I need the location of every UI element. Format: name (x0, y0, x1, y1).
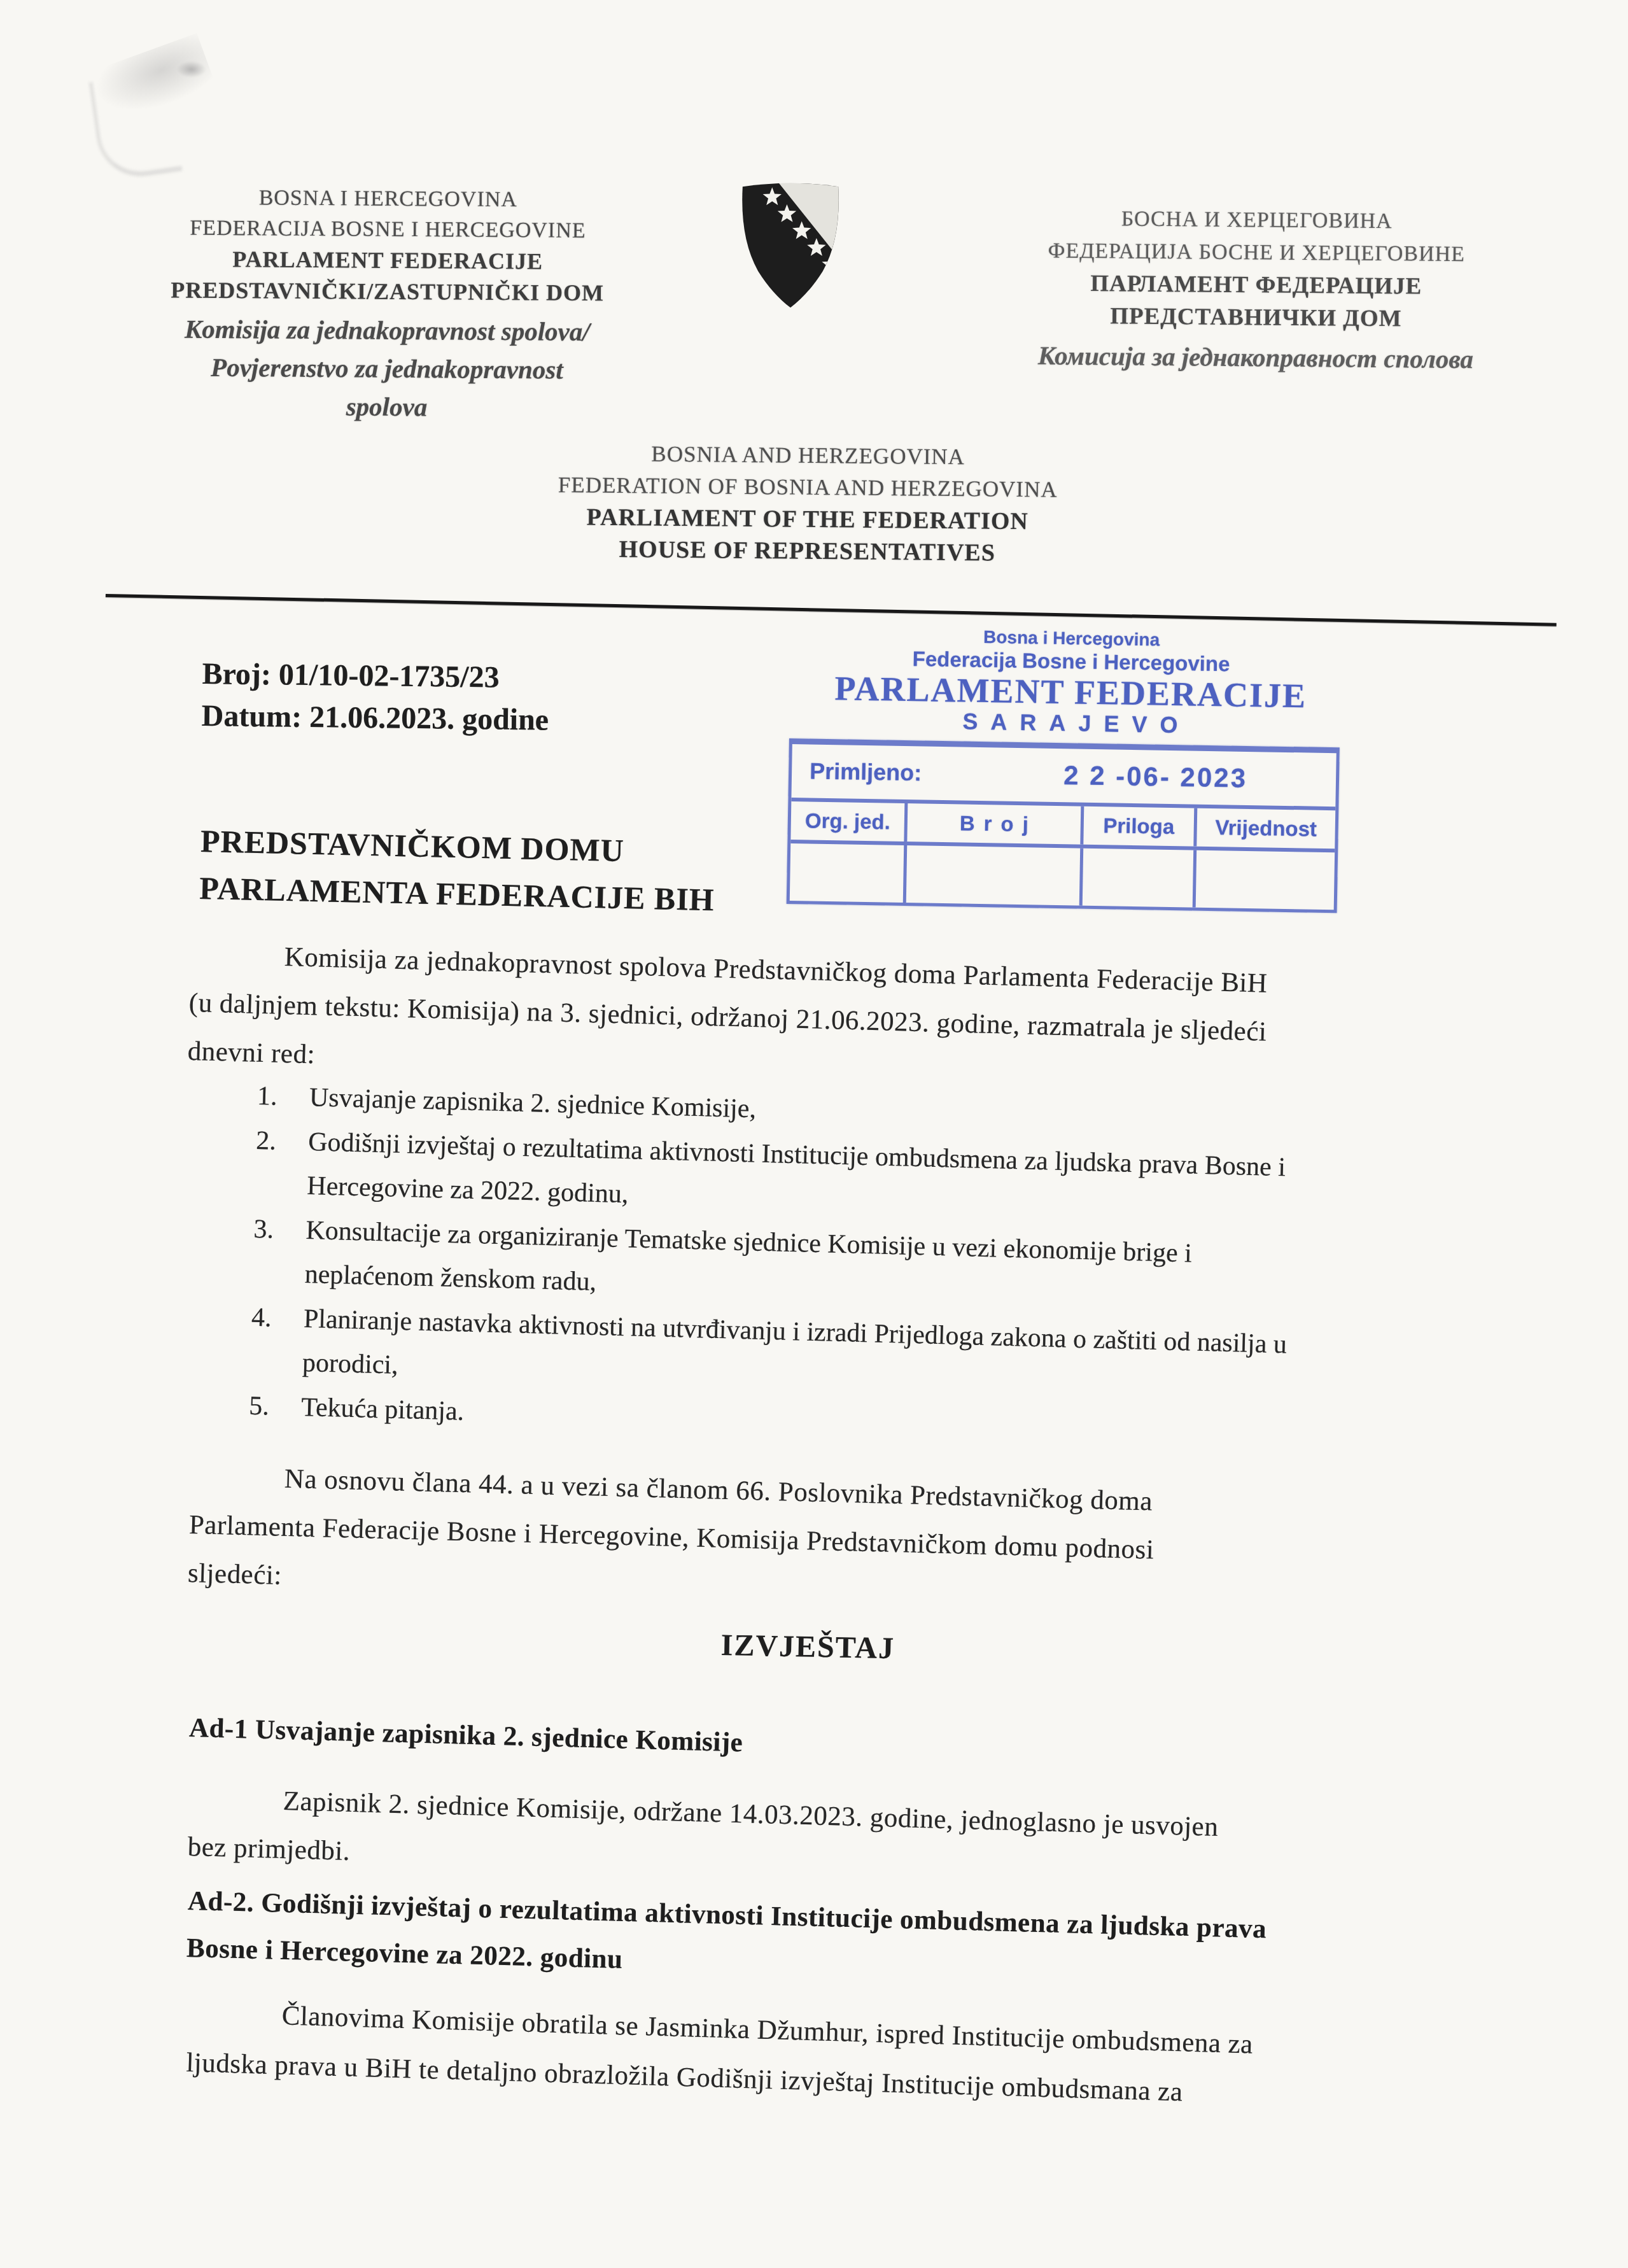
letterhead-federation: ФЕДЕРАЦИЈА БОСНЕ И ХЕРЦЕГОВИНЕ (941, 234, 1571, 272)
recipient-block: PREDSTAVNIČKOM DOMU PARLAMENTA FEDERACIJ… (199, 817, 716, 923)
stamp-col-priloga: Priloga (1080, 806, 1194, 847)
reference-number: Broj: 01/10-02-1735/23 (202, 653, 549, 700)
letterhead-federation: FEDERATION OF BOSNIA AND HERZEGOVINA (483, 468, 1132, 507)
fbih-coat-of-arms-icon (733, 178, 848, 312)
letterhead-committee-line: Комисија за једнакоправност сполова (941, 336, 1571, 379)
header-divider-rule (106, 594, 1557, 626)
agenda-item-number: 5. (248, 1384, 302, 1430)
agenda-item-text: Tekuća pitanja. (300, 1386, 465, 1434)
stamp-col-org-jed: Org. jed. (790, 801, 904, 842)
stamp-empty-row (790, 843, 1335, 910)
receipt-stamp: Bosna i Hercegovina Federacija Bosne i H… (787, 624, 1352, 913)
stamp-empty-cell (1193, 850, 1335, 910)
ad1-heading: Ad-1 Usvajanje zapisnika 2. sjednice Kom… (188, 1705, 743, 1767)
letterhead-committee-line: spolova (125, 386, 647, 428)
letterhead-country: BOSNA I HERCEGOVINA (127, 182, 649, 216)
stamp-col-vrijednost: Vrijednost (1193, 808, 1335, 849)
letterhead-country: БОСНА И ХЕРЦЕГОВИНА (942, 201, 1572, 239)
stamp-parliament: PARLAMENT FEDERACIJE (790, 670, 1352, 715)
stamp-received-date: 2 2 -06- 2023 (975, 759, 1337, 795)
ad2-paragraph: Članovima Komisije obratila se Jasminka … (185, 1989, 1467, 2126)
agenda-list: 1. Usvajanje zapisnika 2. sjednice Komis… (248, 1074, 1454, 1460)
letterhead-federation: FEDERACIJA BOSNE I HERCEGOVINE (127, 213, 649, 247)
letterhead-committee-line: Povjerenstvo za jednakopravnost (126, 348, 648, 390)
letterhead-english: BOSNIA AND HERZEGOVINA FEDERATION OF BOS… (482, 437, 1133, 570)
report-title: IZVJEŠTAJ (489, 1623, 1126, 1670)
stamp-empty-cell (790, 843, 904, 903)
stamp-received-label: Primljeno: (792, 757, 976, 787)
letterhead-committee-line: Komisija za jednakopravnost spolova/ (126, 309, 648, 351)
letterhead-parliament: ПАРЛАМЕНТ ФЕДЕРАЦИЈЕ (941, 266, 1571, 304)
letterhead-house: HOUSE OF REPRESENTATIVES (482, 532, 1132, 570)
reference-date: Datum: 21.06.2023. godine (201, 695, 549, 742)
agenda-item-line: Tekuća pitanja. (300, 1386, 465, 1434)
reference-block: Broj: 01/10-02-1735/23 Datum: 21.06.2023… (201, 653, 549, 742)
stamp-empty-cell (903, 845, 1080, 906)
scan-smudge (89, 71, 183, 182)
agenda-item-number: 1. (256, 1074, 310, 1120)
agenda-item-number: 3. (252, 1208, 307, 1297)
letterhead-house: PREDSTAVNIČKI/ZASTUPNIČKI DOM (127, 274, 649, 309)
scan-smudge (177, 61, 206, 78)
letterhead-cyrillic: БОСНА И ХЕРЦЕГОВИНА ФЕДЕРАЦИЈА БОСНЕ И Х… (941, 201, 1572, 379)
agenda-item-number: 2. (255, 1119, 309, 1208)
stamp-table: Primljeno: 2 2 -06- 2023 Org. jed. Broj … (787, 738, 1340, 913)
letterhead-parliament: PARLAMENT FEDERACIJE (127, 243, 649, 278)
agenda-item-number: 4. (249, 1296, 304, 1385)
stamp-received-row: Primljeno: 2 2 -06- 2023 (791, 744, 1336, 810)
scanned-document-page: BOSNA I HERCEGOVINA FEDERACIJA BOSNE I H… (0, 0, 1628, 2268)
legal-basis-paragraph: Na osnovu člana 44. a u vezi sa članom 6… (187, 1453, 1470, 1631)
letterhead-bosnian: BOSNA I HERCEGOVINA FEDERACIJA BOSNE I H… (125, 182, 649, 428)
letterhead-house: ПРЕДСТАВНИЧКИ ДОМ (941, 299, 1571, 337)
stamp-empty-cell (1079, 849, 1193, 908)
stamp-col-broj: Broj (904, 803, 1081, 845)
